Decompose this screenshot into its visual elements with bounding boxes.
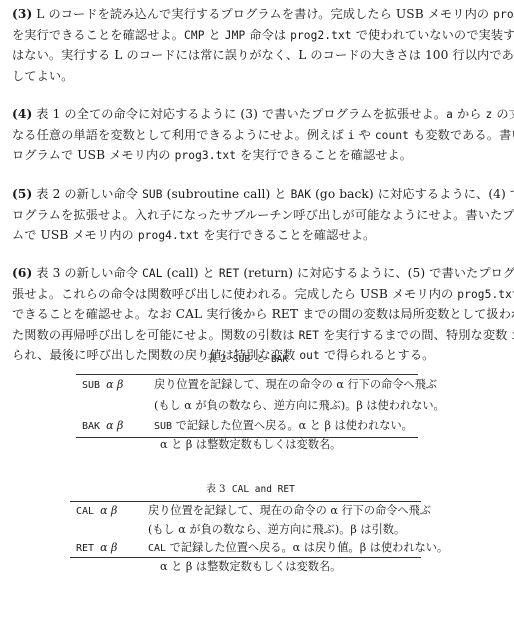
table-3-row-ret: RET α β CAL で記録した位置へ戻る。α は戻り値。β は使われない。 [70, 539, 421, 557]
table-2-caption: 表 2 SUB と BAK [207, 350, 288, 365]
inline-code: SUB [142, 188, 163, 201]
question-number: (6) [12, 266, 32, 280]
table-3-desc: 戻り位置を記録して、現在の命令の α 行下の命令へ飛ぶ [148, 502, 431, 521]
table-2-note: α と β は整数定数もしくは変数名。 [160, 436, 341, 452]
inline-code: prog4.txt [138, 229, 200, 242]
table-3-row-cal: CAL α β 戻り位置を記録して、現在の命令の α 行下の命令へ飛ぶ [70, 502, 421, 521]
question-4-paragraph: (4) 表 1 の全ての命令に対応するように (3) で書いたプログラムを拡張せ… [12, 104, 506, 166]
paragraph-line: ムで USB メモリ内の prog4.txt を実行できることを確認せよ。 [12, 225, 506, 246]
table-2-caption-prefix: 表 2 [207, 354, 227, 365]
paragraph-line: (5) 表 2 の新しい命令 SUB (subroutine call) と B… [12, 184, 506, 205]
inline-code: out [299, 349, 320, 362]
inline-code: prog3.txt [175, 149, 237, 162]
inline-code: prog2.txt [493, 8, 514, 21]
paragraph-line: を実行できることを確認せよ。CMP と JMP 命令は prog2.txt で使… [12, 25, 506, 46]
paragraph-line: なる任意の単語を変数として利用できるようにせよ。例えば i や count も変… [12, 125, 506, 146]
question-number: (5) [12, 187, 32, 201]
inline-code: CMP [184, 29, 205, 42]
inline-code: count [375, 129, 409, 142]
paragraph-line: た関数の再帰呼び出しを可能にせよ。関数の引数は RET を実行するまでの間、特別… [12, 325, 506, 346]
table-2-desc: SUB で記録した位置へ戻る。α と β は使われない。 [154, 416, 413, 438]
inline-code: i [348, 129, 355, 142]
inline-code: JMP [225, 29, 246, 42]
paragraph-line: はない。実行する L のコードには常に誤りがなく、L のコードの大きさは 100… [12, 45, 506, 66]
inline-code: BAK [291, 188, 312, 201]
inline-code: z [486, 108, 493, 121]
table-2-row-sub-cont: (もし α が負の数なら、逆方向に飛ぶ)。β は使われない。 [76, 396, 418, 417]
paragraph-line: してよい。 [12, 66, 506, 87]
inline-code: RET [219, 267, 240, 280]
table-2-desc: 戻り位置を記録して、現在の命令の α 行下の命令へ飛ぶ [154, 375, 437, 396]
table-3-cmd: RET α β [76, 539, 117, 558]
table-2-caption-code: SUB と BAK [233, 354, 288, 365]
paragraph-line: 張せよ。これらの命令は関数呼び出しに使われる。完成したら USB メモリ内の p… [12, 284, 506, 305]
inline-code: a [446, 108, 453, 121]
table-2: SUB α β 戻り位置を記録して、現在の命令の α 行下の命令へ飛ぶ (もし … [76, 374, 418, 438]
table-2-cmd: BAK α β [82, 416, 123, 438]
question-5-paragraph: (5) 表 2 の新しい命令 SUB (subroutine call) と B… [12, 184, 506, 246]
table-2-row-bak: BAK α β SUB で記録した位置へ戻る。α と β は使われない。 [76, 416, 418, 437]
question-number: (3) [12, 7, 32, 21]
paragraph-line: (4) 表 1 の全ての命令に対応するように (3) で書いたプログラムを拡張せ… [12, 104, 506, 125]
inline-code: prog5.txt [457, 288, 514, 301]
table-2-cmd: SUB α β [82, 375, 123, 397]
table-3-caption-prefix: 表 3 [206, 484, 226, 495]
paragraph-line: ログラムで USB メモリ内の prog3.txt を実行できることを確認せよ。 [12, 145, 506, 166]
table-3-caption-code: CAL and RET [232, 484, 295, 495]
table-3: CAL α β 戻り位置を記録して、現在の命令の α 行下の命令へ飛ぶ (もし … [70, 501, 421, 558]
paragraph-line: (3) L のコードを読み込んで実行するプログラムを書け。完成したら USB メ… [12, 4, 506, 25]
table-3-desc: (もし α が負の数なら、逆方向に飛ぶ)。β は引数。 [148, 521, 405, 540]
question-number: (4) [12, 107, 32, 121]
table-3-caption: 表 3 CAL and RET [206, 480, 295, 495]
inline-code: RET [299, 329, 320, 342]
paragraph-line: ログラムを拡張せよ。入れ子になったサブルーチン呼び出しが可能なようにせよ。書いた… [12, 205, 506, 226]
table-3-note: α と β は整数定数もしくは変数名。 [160, 558, 341, 574]
inline-code: CAL [142, 267, 163, 280]
paragraph-line: (6) 表 3 の新しい命令 CAL (call) と RET (return)… [12, 263, 506, 284]
table-3-cmd: CAL α β [76, 502, 117, 522]
table-2-desc: (もし α が負の数なら、逆方向に飛ぶ)。β は使われない。 [154, 396, 445, 417]
inline-code: prog2.txt [290, 29, 352, 42]
paragraph-line: できることを確認せよ。なお CAL 実行後から RET までの間の変数は局所変数… [12, 304, 506, 325]
table-2-row-sub: SUB α β 戻り位置を記録して、現在の命令の α 行下の命令へ飛ぶ [76, 375, 418, 396]
question-3-paragraph: (3) L のコードを読み込んで実行するプログラムを書け。完成したら USB メ… [12, 4, 506, 86]
table-3-row-cal-cont: (もし α が負の数なら、逆方向に飛ぶ)。β は引数。 [70, 521, 421, 540]
table-3-desc: CAL で記録した位置へ戻る。α は戻り値。β は使われない。 [148, 539, 448, 558]
